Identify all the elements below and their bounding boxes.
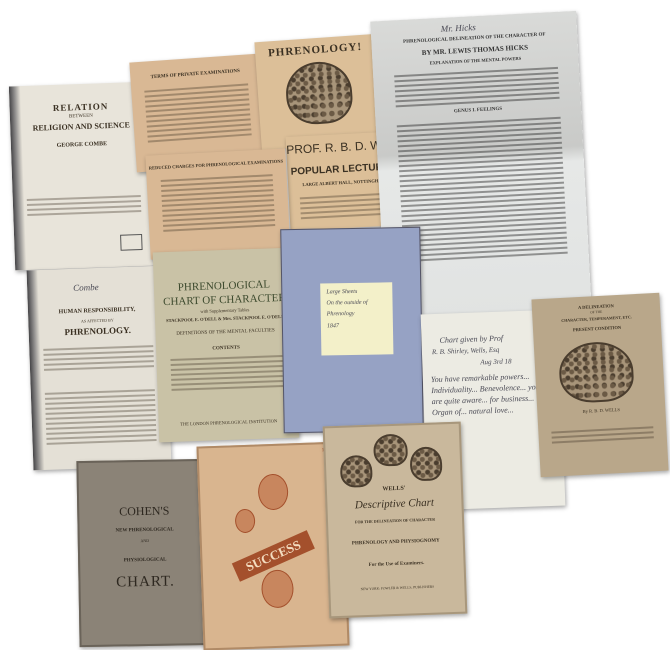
portrait-boy	[257, 473, 288, 510]
doc-title: Descriptive Chart	[327, 496, 461, 513]
handwritten-note: Combe	[73, 282, 99, 293]
document-reduced-charges: REDUCED CHARGES FOR PHRENOLOGICAL EXAMIN…	[145, 148, 290, 259]
phrenology-head-icon	[409, 446, 442, 481]
doc-title: CHART.	[80, 573, 210, 592]
phrenology-head-icon	[340, 455, 373, 488]
phrenology-head-icon	[284, 60, 354, 126]
stamp	[120, 234, 143, 251]
doc-line: NEW PHRENOLOGICAL	[80, 527, 210, 534]
document-chart-of-character: PHRENOLOGICAL CHART OF CHARACTER with Su…	[153, 248, 300, 443]
handwritten-line: R. B. Shirley, Wells, Esq	[432, 346, 500, 356]
doc-title: PRESENT CONDITION	[533, 323, 661, 335]
doc-line: PHRENOLOGY AND PHYSIOGNOMY	[329, 538, 463, 548]
doc-author: By R. B. D. WELLS	[537, 405, 665, 417]
note-line: Phrenology	[327, 311, 355, 317]
handwritten-line: Chart given by Prof	[439, 334, 503, 345]
doc-publisher: THE LONDON PHRENOLOGICAL INSTITUTION	[159, 418, 299, 428]
note-line: 1847	[327, 323, 339, 329]
phrenology-head-icon	[373, 434, 408, 467]
document-wells-delineation: A DELINEATION OF THE CHARACTER, TEMPERAM…	[531, 293, 668, 477]
handwritten-line: Aug 3rd 18	[480, 357, 512, 366]
doc-line: PHYSIOLOGICAL	[80, 557, 210, 564]
note-line: On the outside of	[326, 300, 367, 307]
phrenology-head-icon	[558, 340, 635, 404]
doc-heading: REDUCED CHARGES FOR PHRENOLOGICAL EXAMIN…	[146, 158, 286, 170]
doc-publisher: NEW YORK: FOWLER & WELLS, PUBLISHERS	[330, 584, 464, 593]
doc-line: AND	[80, 537, 210, 544]
doc-title: COHEN'S	[79, 503, 209, 520]
handwritten-body: You have remarkable powers... Individual…	[431, 370, 552, 418]
doc-heading: TERMS OF PRIVATE EXAMINATIONS	[130, 68, 260, 82]
doc-subtitle: FOR THE DELINEATION OF CHARACTER	[328, 516, 462, 526]
portrait-girl	[261, 569, 294, 608]
doc-authors: STACKPOOL E. O'DELL & Mrs. STACKPOOL E. …	[155, 314, 295, 324]
handwritten-name: Mr. Hicks	[441, 22, 476, 34]
document-cohens-chart: COHEN'S NEW PHRENOLOGICAL AND PHYSIOLOGI…	[76, 459, 213, 647]
document-blue-folder: Large Sheets On the outside of Phrenolog…	[280, 227, 424, 433]
doc-title: PHRENOLOGY!	[255, 40, 376, 60]
note-line: Large Sheets	[326, 289, 357, 296]
doc-section: DEFINITIONS OF THE MENTAL FACULTIES	[156, 328, 296, 338]
doc-footer: For the Use of Examiners.	[330, 560, 464, 570]
document-wells-descriptive-chart: WELLS' Descriptive Chart FOR THE DELINEA…	[323, 422, 468, 619]
portrait-woman	[235, 509, 256, 534]
sticky-note: Large Sheets On the outside of Phrenolog…	[320, 282, 393, 355]
document-human-responsibility: Combe HUMAN RESPONSIBILITY, AS AFFECTED …	[27, 266, 172, 471]
